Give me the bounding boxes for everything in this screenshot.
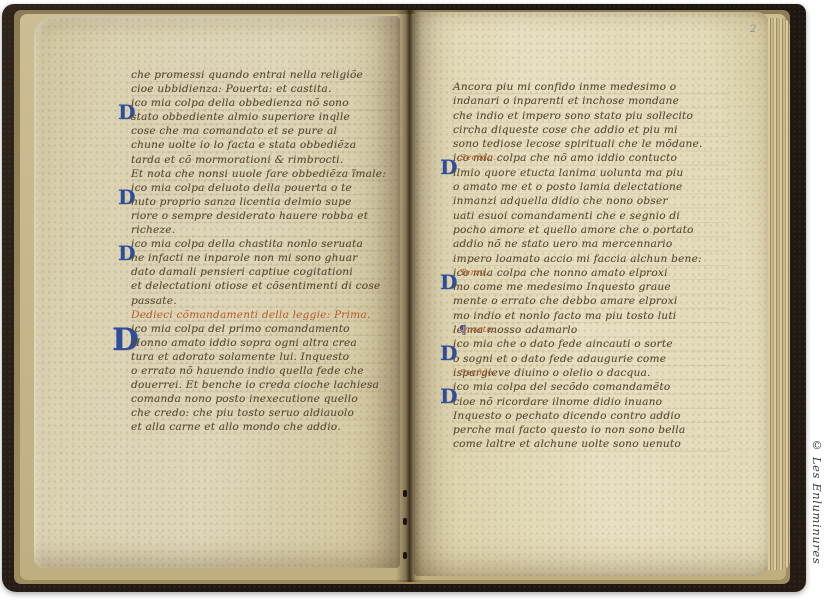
copyright-watermark: © Les Enluminures [810,438,824,598]
line-text: ico mia colpa della obbedienza nõ sono [131,96,349,110]
line-text: ico mia colpa del secõdo comandamẽto [453,380,670,394]
text-line: riore o sempre desiderato hauere robba e… [131,209,403,223]
line-text: ico mia colpa della chastita nonlo serua… [131,237,363,251]
text-line: pocho amore et quello amore che o portat… [453,223,729,237]
stitch-mark [403,490,407,497]
manuscript-photo: 2 che promessi quando entrai nella relig… [2,4,808,594]
text-line: Dico mia colpa deluoto della pouerta o t… [131,181,403,195]
text-line: cose che ma comandato et se pure al [131,124,403,138]
line-text: o errato nõ hauendo indio quella fede ch… [131,364,364,378]
line-text: ne infacti ne inparole non mi sono ghuar [131,251,357,265]
line-text: sono tediose lecose spirituali che le mõ… [453,137,703,151]
text-line: indanari o inparenti et inchose mondane [453,94,729,108]
line-text: tarda et cõ mormorationi & rimbrocti. [131,153,343,167]
text-line: che promessi quando entrai nella religiõ… [131,68,403,82]
text-line: Dico mia colpa che nõ amo iddio contucto… [453,151,729,165]
line-text: comanda nono posto inexecutione quello [131,392,358,406]
line-text: dato damali pensieri captiue cogitationi [131,265,353,279]
line-text: et alla carne et allo mondo che addio. [131,420,341,434]
line-text: ico mia che o dato fede aincauti o sorte [453,337,673,351]
text-line: impero loamato accio mi faccia alchun be… [453,252,729,266]
text-line: mo come me medesimo Inquesto graue [453,280,729,294]
line-text: inmanzi adquella didio che nono obser [453,194,668,208]
line-text: uati esuoi comandamenti che e segnio di [453,209,680,223]
text-line: come laltre et alchune uolte sono uenuto [453,437,729,451]
line-text: indanari o inparenti et inchose mondane [453,94,679,108]
text-line: Et nota che nonsi uuole fare obbediẽza ĩ… [131,167,403,181]
text-line: Dico mia colpa che nonno amato elproxiTe… [453,266,729,280]
text-line: perche mai facto questo io non sono bell… [453,423,729,437]
text-line: douerrei. Et benche io creda cioche lach… [131,378,403,392]
line-text: che indio et impero sono stato piu solle… [453,109,693,123]
text-line: cioe ubbidienza: Pouerta: et castita. [131,82,403,96]
line-text: richeze. [131,223,175,237]
line-text: addio nõ ne stato uero ma mercennario [453,237,672,251]
line-text: Ancora piu mi confido inme medesimo o [453,80,676,94]
text-line: o amato me et o posto lamia delectatione [453,180,729,194]
stitch-mark [403,552,407,559]
line-text: et delectationi otiose et cõsentimenti d… [131,279,380,293]
text-line: tura et adorato solamente lui. Inquesto [131,350,403,364]
line-text: chune uolte io lo facta e stata obbediẽz… [131,138,356,152]
line-text: riore o sempre desiderato hauere robba e… [131,209,368,223]
text-line: sono tediose lecose spirituali che le mõ… [453,137,729,151]
right-page-text: Ancora piu mi confido inme medesimo oind… [453,80,729,452]
text-line: richeze. [131,223,403,237]
line-text: cioe ubbidienza: Pouerta: et castita. [131,82,332,96]
line-text: o amato me et o posto lamia delectatione [453,180,683,194]
line-text: ico mia colpa deluoto della pouerta o te [131,181,352,195]
text-line: che indio et impero sono stato piu solle… [453,109,729,123]
text-line: inmanzi adquella didio che nono obser [453,194,729,208]
text-line: Dico mia che o dato fede aincauti o sort… [453,337,729,351]
left-page-text: che promessi quando entrai nella religiõ… [131,68,403,434]
margin-note: Secõdo. [460,366,496,380]
line-text: Dedieci cõmandamenti della leggie: Prima… [131,308,370,322]
text-line: chune uolte io lo facta e stata obbediẽz… [131,138,403,152]
text-line: Inquesto o pechato dicendo contro addio [453,409,729,423]
line-text: o sogni et o dato fede adaugurie come [453,352,666,366]
fore-edge-leaves [768,18,790,570]
text-line: ispargieve diuino o olelio o dacqua.Secõ… [453,366,729,380]
line-text: circha diqueste cose che addio et piu mi [453,123,678,137]
margin-note: Terzo. [460,266,488,280]
stitch-mark [403,518,407,525]
rubric-line: Dedieci cõmandamenti della leggie: Prima… [131,308,403,322]
text-line: Dico mia colpa del secõdo comandamẽto [453,380,729,394]
line-text: nuto proprio sanza licentia delmio supe [131,195,352,209]
folio-number: 2 [750,24,756,35]
line-text: Inquesto o pechato dicendo contro addio [453,409,681,423]
text-line: circha diqueste cose che addio et piu mi [453,123,729,137]
text-line: o errato nõ hauendo indio quella fede ch… [131,364,403,378]
text-line: le ma mosso adamarlo¶Quarta. [453,323,729,337]
text-line: Dico mia colpa della obbedienza nõ sono [131,96,403,110]
text-line: o sogni et o dato fede adaugurie come [453,352,729,366]
margin-note: Quarta. [460,323,495,337]
text-line: Honno amato iddio sopra ogni altra crea [131,336,403,350]
line-text: Et nota che nonsi uuole fare obbediẽza ĩ… [131,167,386,181]
line-text: impero loamato accio mi faccia alchun be… [453,252,702,266]
text-line: ilmio quore etucta lanima uolunta ma piu [453,166,729,180]
text-line: cioe nõ ricordare ilnome didio inuano [453,395,729,409]
line-text: cioe nõ ricordare ilnome didio inuano [453,395,662,409]
text-line: passate. [131,294,403,308]
line-text: mente o errato che debbo amare elproxi [453,294,677,308]
text-line: che credo: che piu tosto seruo aldiauolo [131,406,403,420]
text-line: dato damali pensieri captiue cogitationi [131,265,403,279]
line-text: tura et adorato solamente lui. Inquesto [131,350,349,364]
text-line: Dico mia colpa del primo comandamento [131,322,403,336]
text-line: ne infacti ne inparole non mi sono ghuar [131,251,403,265]
text-line: comanda nono posto inexecutione quello [131,392,403,406]
text-line: stato obbediente almio superiore inqlle [131,110,403,124]
line-text: come laltre et alchune uolte sono uenuto [453,437,681,451]
line-text: Honno amato iddio sopra ogni altra crea [131,336,357,350]
text-line: et delectationi otiose et cõsentimenti d… [131,279,403,293]
line-text: pocho amore et quello amore che o portat… [453,223,694,237]
line-text: cose che ma comandato et se pure al [131,124,337,138]
text-line: nuto proprio sanza licentia delmio supe [131,195,403,209]
line-text: mo indio et nonlo facto ma piu tosto lut… [453,309,676,323]
line-text: stato obbediente almio superiore inqlle [131,110,350,124]
line-text: douerrei. Et benche io creda cioche lach… [131,378,379,392]
text-line: tarda et cõ mormorationi & rimbrocti. [131,153,403,167]
line-text: ilmio quore etucta lanima uolunta ma piu [453,166,683,180]
text-line: et alla carne et allo mondo che addio. [131,420,403,434]
line-text: passate. [131,294,177,308]
line-text: che credo: che piu tosto seruo aldiauolo [131,406,354,420]
text-line: mo indio et nonlo facto ma piu tosto lut… [453,309,729,323]
text-line: uati esuoi comandamenti che e segnio di [453,209,729,223]
margin-note: Secõdo. [460,151,496,165]
text-line: mente o errato che debbo amare elproxi [453,294,729,308]
line-text: perche mai facto questo io non sono bell… [453,423,685,437]
text-line: Dico mia colpa della chastita nonlo seru… [131,237,403,251]
line-text: che promessi quando entrai nella religiõ… [131,68,363,82]
text-line: addio nõ ne stato uero ma mercennario [453,237,729,251]
text-line: Ancora piu mi confido inme medesimo o [453,80,729,94]
line-text: ico mia colpa del primo comandamento [131,322,350,336]
line-text: mo come me medesimo Inquesto graue [453,280,671,294]
